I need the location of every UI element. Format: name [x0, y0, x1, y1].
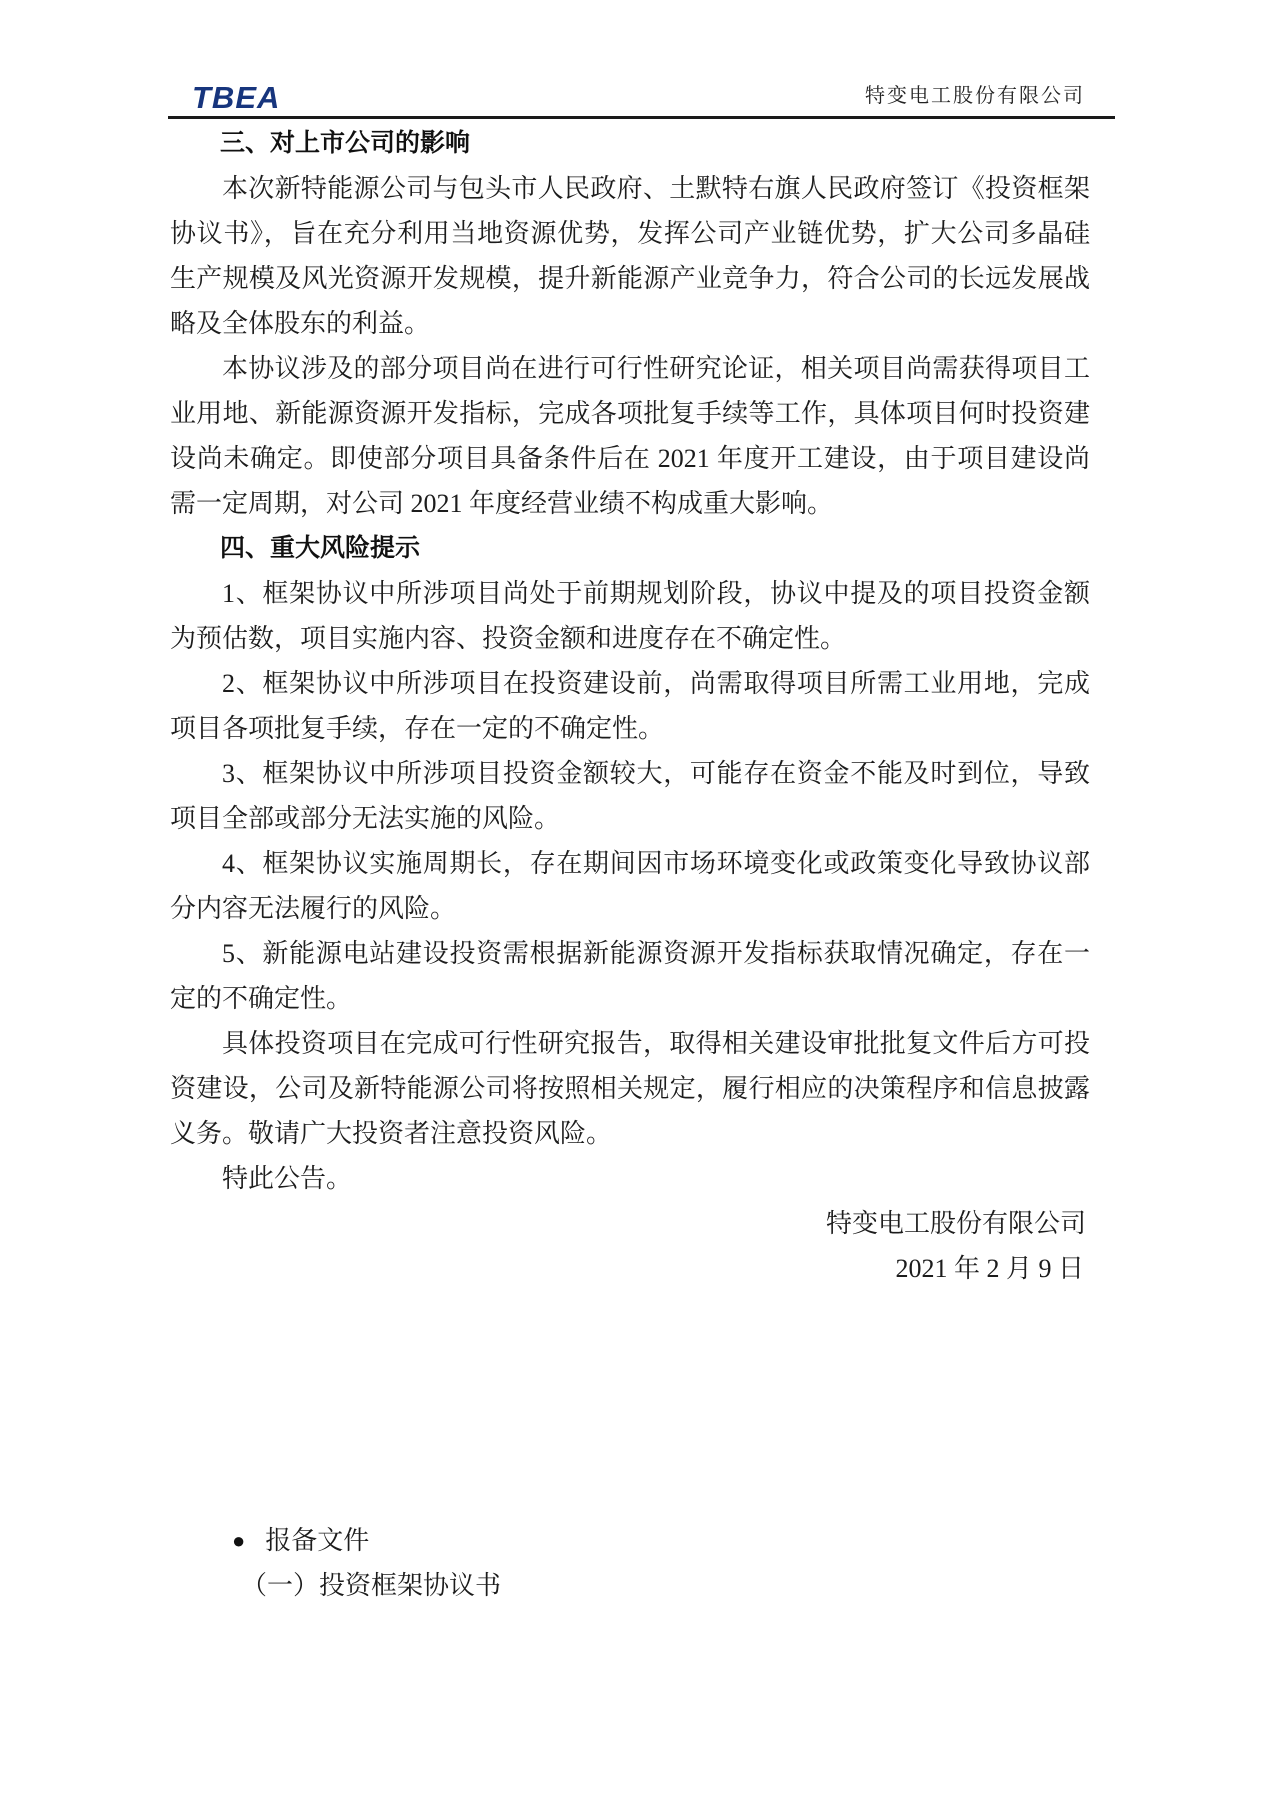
bullet-icon: ● [232, 1518, 245, 1563]
risk-item-3: 3、框架协议中所涉项目投资金额较大，可能存在资金不能及时到位，导致项目全部或部分… [170, 751, 1090, 841]
header-divider [168, 116, 1115, 119]
document-page: TBEA 特变电工股份有限公司 三、对上市公司的影响 本次新特能源公司与包头市人… [0, 0, 1280, 1810]
announcement-line: 特此公告。 [170, 1156, 1090, 1201]
section-3-paragraph-2: 本协议涉及的部分项目尚在进行可行性研究论证，相关项目尚需获得项目工业用地、新能源… [170, 346, 1090, 526]
section-3-heading: 三、对上市公司的影响 [170, 121, 1090, 166]
section-4-heading: 四、重大风险提示 [170, 526, 1090, 571]
attachments-title: 报备文件 [265, 1518, 369, 1563]
attachment-item-1: （一）投资框架协议书 [170, 1563, 1090, 1608]
risk-item-4: 4、框架协议实施周期长，存在期间因市场环境变化或政策变化导致协议部分内容无法履行… [170, 841, 1090, 931]
attachments-header: ● 报备文件 [170, 1518, 1090, 1563]
attachments-section: ● 报备文件 （一）投资框架协议书 [170, 1518, 1090, 1608]
signature-date: 2021 年 2 月 9 日 [170, 1246, 1090, 1291]
document-body: 三、对上市公司的影响 本次新特能源公司与包头市人民政府、土默特右旗人民政府签订《… [170, 121, 1090, 1608]
closing-paragraph: 具体投资项目在完成可行性研究报告，取得相关建设审批批复文件后方可投资建设，公司及… [170, 1021, 1090, 1156]
section-3-paragraph-1: 本次新特能源公司与包头市人民政府、土默特右旗人民政府签订《投资框架协议书》，旨在… [170, 166, 1090, 346]
risk-item-2: 2、框架协议中所涉项目在投资建设前，尚需取得项目所需工业用地，完成项目各项批复手… [170, 661, 1090, 751]
risk-item-5: 5、新能源电站建设投资需根据新能源资源开发指标获取情况确定，存在一定的不确定性。 [170, 931, 1090, 1021]
header-company-name: 特变电工股份有限公司 [865, 84, 1085, 108]
tbea-logo: TBEA [192, 82, 280, 113]
risk-item-1: 1、框架协议中所涉项目尚处于前期规划阶段，协议中提及的项目投资金额为预估数，项目… [170, 571, 1090, 661]
signature-company: 特变电工股份有限公司 [170, 1201, 1090, 1246]
